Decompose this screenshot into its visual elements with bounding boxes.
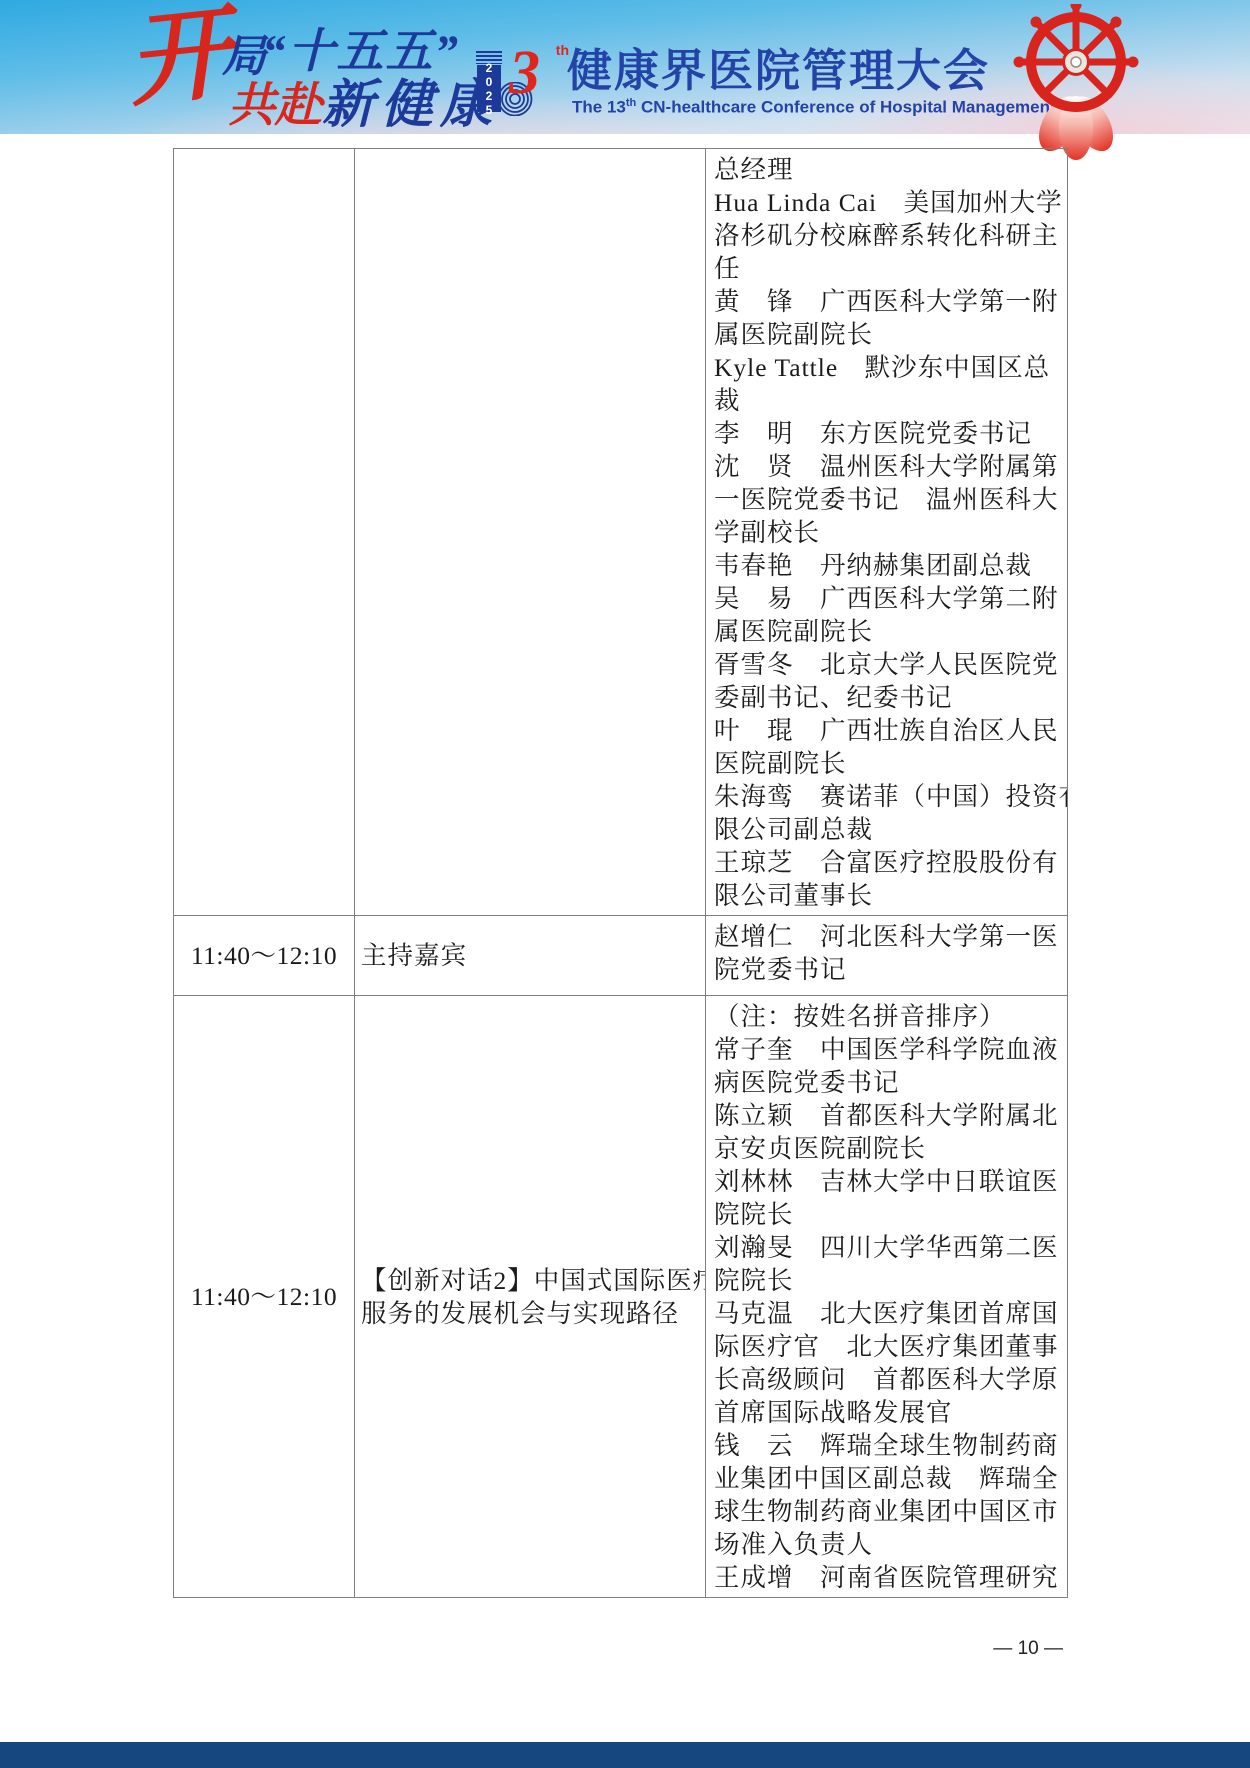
- session-cell: 主持嘉宾: [355, 916, 706, 996]
- slogan-big-char: 开: [123, 3, 235, 115]
- table-row: 总经理 Hua Linda Cai 美国加州大学 洛杉矶分校麻醉系转化科研主 任…: [174, 149, 1068, 916]
- session-cell: [355, 149, 706, 916]
- session-cell: 【创新对话2】中国式国际医疗 服务的发展机会与实现路径: [355, 996, 706, 1598]
- table-row: 11:40～12:10 【创新对话2】中国式国际医疗 服务的发展机会与实现路径 …: [174, 996, 1068, 1598]
- table-row: 11:40～12:10 主持嘉宾 赵增仁 河北医科大学第一医 院党委书记: [174, 916, 1068, 996]
- speakers-cell: （注：按姓名拼音排序） 常子奎 中国医学科学院血液 病医院党委书记 陈立颖 首都…: [706, 996, 1068, 1598]
- conference-13th-logo: 2025 3 th: [476, 48, 557, 112]
- bottom-navy-bar: [0, 1742, 1250, 1768]
- time-cell: [174, 149, 355, 916]
- logo-digit-3: 3 th: [505, 50, 557, 112]
- agenda-table: 总经理 Hua Linda Cai 美国加州大学 洛杉矶分校麻醉系转化科研主 任…: [173, 148, 1068, 1598]
- conference-subtitle-en: The 13th CN-healthcare Conference of Hos…: [572, 97, 1056, 118]
- speakers-cell: 总经理 Hua Linda Cai 美国加州大学 洛杉矶分校麻醉系转化科研主 任…: [706, 149, 1068, 916]
- time-cell: 11:40～12:10: [174, 916, 355, 996]
- page-header: 开 局 “十五五” 共赴 新健康 2025 3 th: [0, 0, 1250, 134]
- page-number: — 10 —: [0, 1638, 1063, 1660]
- agenda-page: 开 局 “十五五” 共赴 新健康 2025 3 th: [0, 0, 1250, 1768]
- slogan-line2-blue: 新健康: [322, 62, 499, 137]
- time-cell: 11:40～12:10: [174, 996, 355, 1598]
- conference-title: 健康界医院管理大会: [567, 48, 990, 94]
- speakers-cell: 赵增仁 河北医科大学第一医 院党委书记: [706, 916, 1068, 996]
- slogan-line2-red: 共赴: [228, 68, 322, 135]
